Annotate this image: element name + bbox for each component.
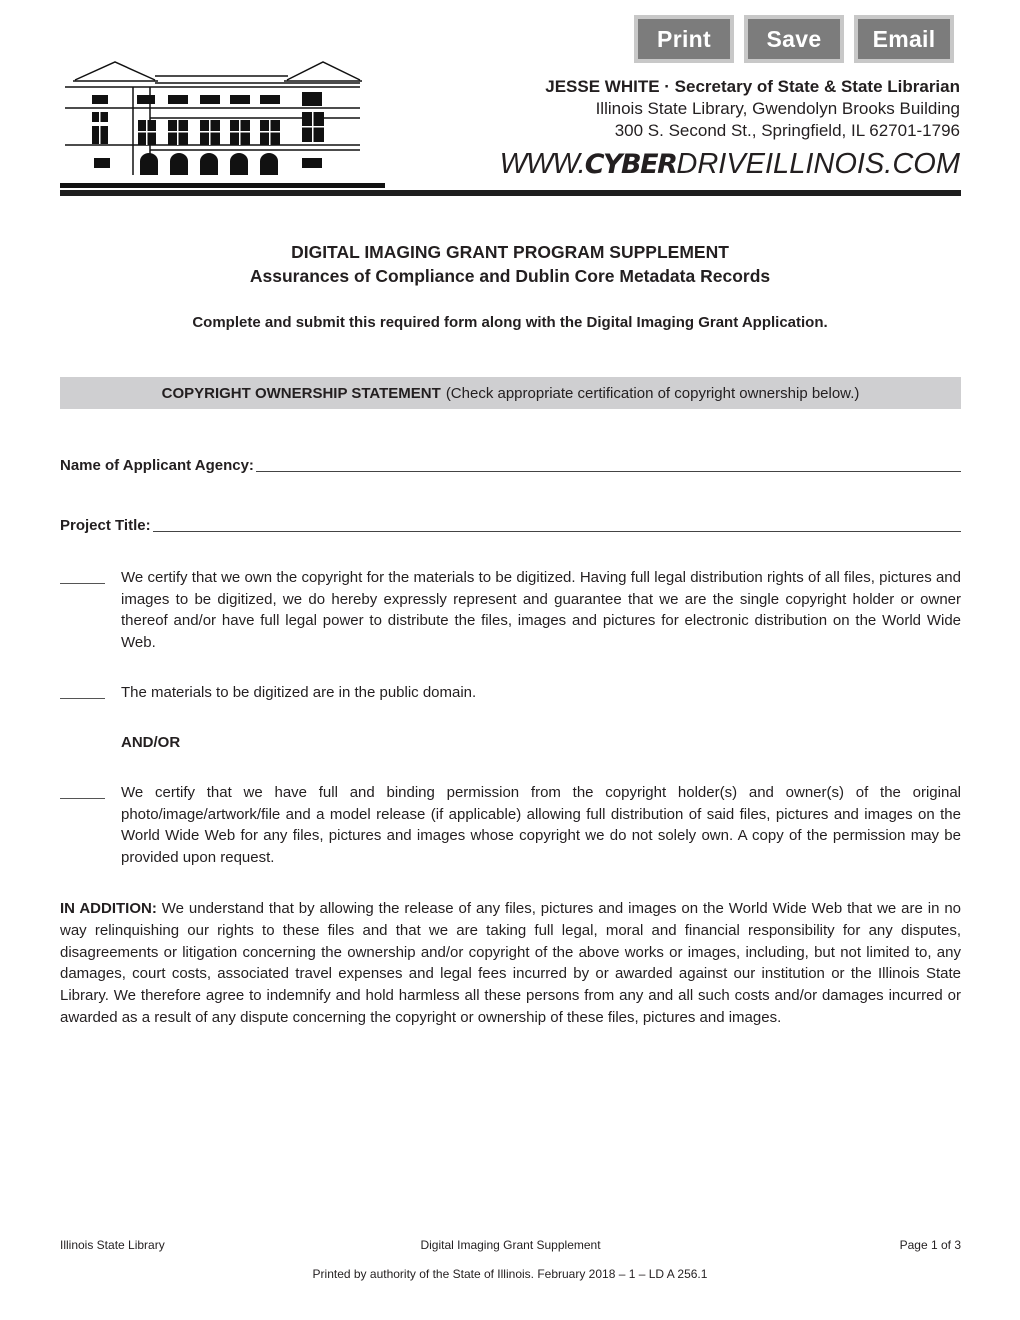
certification-checkbox[interactable] [60, 785, 105, 799]
applicant-agency-input[interactable] [256, 456, 961, 472]
banner-note: (Check appropriate certification of copy… [446, 385, 860, 402]
page-number: Page 1 of 3 [661, 1238, 961, 1252]
printed-authority: Printed by authority of the State of Ill… [0, 1267, 1020, 1281]
project-title-field: Project Title: [60, 516, 961, 534]
library-building-logo [60, 50, 385, 190]
agency-info: JESSE WHITE · Secretary of State & State… [545, 76, 960, 142]
footer-left: Illinois State Library [60, 1238, 360, 1252]
website-bold: CYBER [585, 149, 677, 180]
agency-line-address: 300 S. Second St., Springfield, IL 62701… [545, 120, 960, 142]
certification-checkbox[interactable] [60, 685, 105, 699]
page-footer: Illinois State Library Digital Imaging G… [60, 1238, 961, 1252]
section-banner: COPYRIGHT OWNERSHIP STATEMENT (Check app… [60, 377, 961, 409]
in-addition-text: We understand that by allowing the relea… [60, 900, 961, 1026]
certification-checkbox[interactable] [60, 570, 105, 584]
project-title-input[interactable] [153, 516, 961, 532]
instruction-text: Complete and submit this required form a… [0, 314, 1020, 331]
document-subtitle: Assurances of Compliance and Dublin Core… [0, 265, 1020, 287]
certification-public-domain: The materials to be digitized are in the… [60, 682, 961, 704]
footer-center: Digital Imaging Grant Supplement [361, 1238, 661, 1252]
form-toolbar: Print Save Email [634, 15, 954, 63]
agency-line-secretary: JESSE WHITE · Secretary of State & State… [545, 76, 960, 98]
applicant-agency-label: Name of Applicant Agency: [60, 457, 254, 474]
print-button[interactable]: Print [634, 15, 734, 63]
header-divider [60, 190, 961, 196]
applicant-agency-field: Name of Applicant Agency: [60, 456, 961, 474]
in-addition-lead: IN ADDITION: [60, 900, 157, 917]
email-button[interactable]: Email [854, 15, 954, 63]
certification-own-copyright: We certify that we own the copyright for… [60, 567, 961, 654]
certification-permission: We certify that we have full and binding… [60, 782, 961, 869]
agency-line-library: Illinois State Library, Gwendolyn Brooks… [545, 98, 960, 120]
banner-heading: COPYRIGHT OWNERSHIP STATEMENT [162, 385, 441, 402]
save-button[interactable]: Save [744, 15, 844, 63]
document-title: DIGITAL IMAGING GRANT PROGRAM SUPPLEMENT [0, 241, 1020, 263]
website-suffix: DRIVEILLINOIS.COM [676, 148, 960, 180]
document-heading: DIGITAL IMAGING GRANT PROGRAM SUPPLEMENT… [0, 241, 1020, 287]
project-title-label: Project Title: [60, 517, 151, 534]
certification-text: We certify that we own the copyright for… [121, 567, 961, 654]
website-logo: WWW.CYBERDRIVEILLINOIS.COM [500, 148, 960, 181]
certification-text: The materials to be digitized are in the… [121, 682, 961, 704]
website-prefix: WWW. [500, 148, 585, 180]
in-addition-paragraph: IN ADDITION: We understand that by allow… [60, 898, 961, 1029]
and-or-label: AND/OR [121, 734, 180, 751]
certification-text: We certify that we have full and binding… [121, 782, 961, 869]
